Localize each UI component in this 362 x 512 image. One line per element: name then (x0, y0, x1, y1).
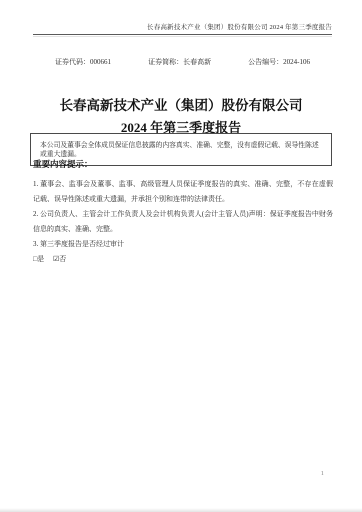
audit-option-yes-checkbox: □是 (33, 255, 44, 263)
securities-meta-row: 证券代码：000661 证券简称：长春高新 公告编号：2024-106 (55, 57, 310, 67)
announcement-no-label: 公告编号：2024-106 (248, 57, 310, 67)
stock-code-label: 证券代码：000661 (55, 57, 111, 67)
note-item-3: 3. 第三季度报告是否经过审计 (33, 237, 333, 252)
important-notes-section: 重要内容提示： 1. 董事会、监事会及董事、监事、高级管理人员保证季度报告的真实… (33, 158, 333, 267)
page-number: 1 (321, 470, 324, 477)
important-notes-heading: 重要内容提示： (33, 158, 333, 170)
note-item-2: 2. 公司负责人、主管会计工作负责人及会计机构负责人(会计主管人员)声明：保证季… (33, 207, 333, 237)
company-name-title: 长春高新技术产业（集团）股份有限公司 (0, 94, 362, 114)
stock-abbr-label: 证券简称：长春高新 (148, 57, 211, 67)
header-rule (33, 34, 332, 37)
page-edge-shadow (0, 508, 362, 512)
audit-options-line: □是 ☑否 (33, 252, 333, 267)
note-item-1: 1. 董事会、监事会及董事、监事、高级管理人员保证季度报告的真实、准确、完整，不… (33, 177, 333, 207)
running-header: 长春高新技术产业（集团）股份有限公司 2024 年第三季度报告 (33, 22, 332, 31)
audit-option-no-checkbox: ☑否 (53, 255, 66, 263)
board-statement-text: 本公司及董事会全体成员保证信息披露的内容真实、准确、完整，没有虚假记载、误导性陈… (40, 142, 319, 158)
